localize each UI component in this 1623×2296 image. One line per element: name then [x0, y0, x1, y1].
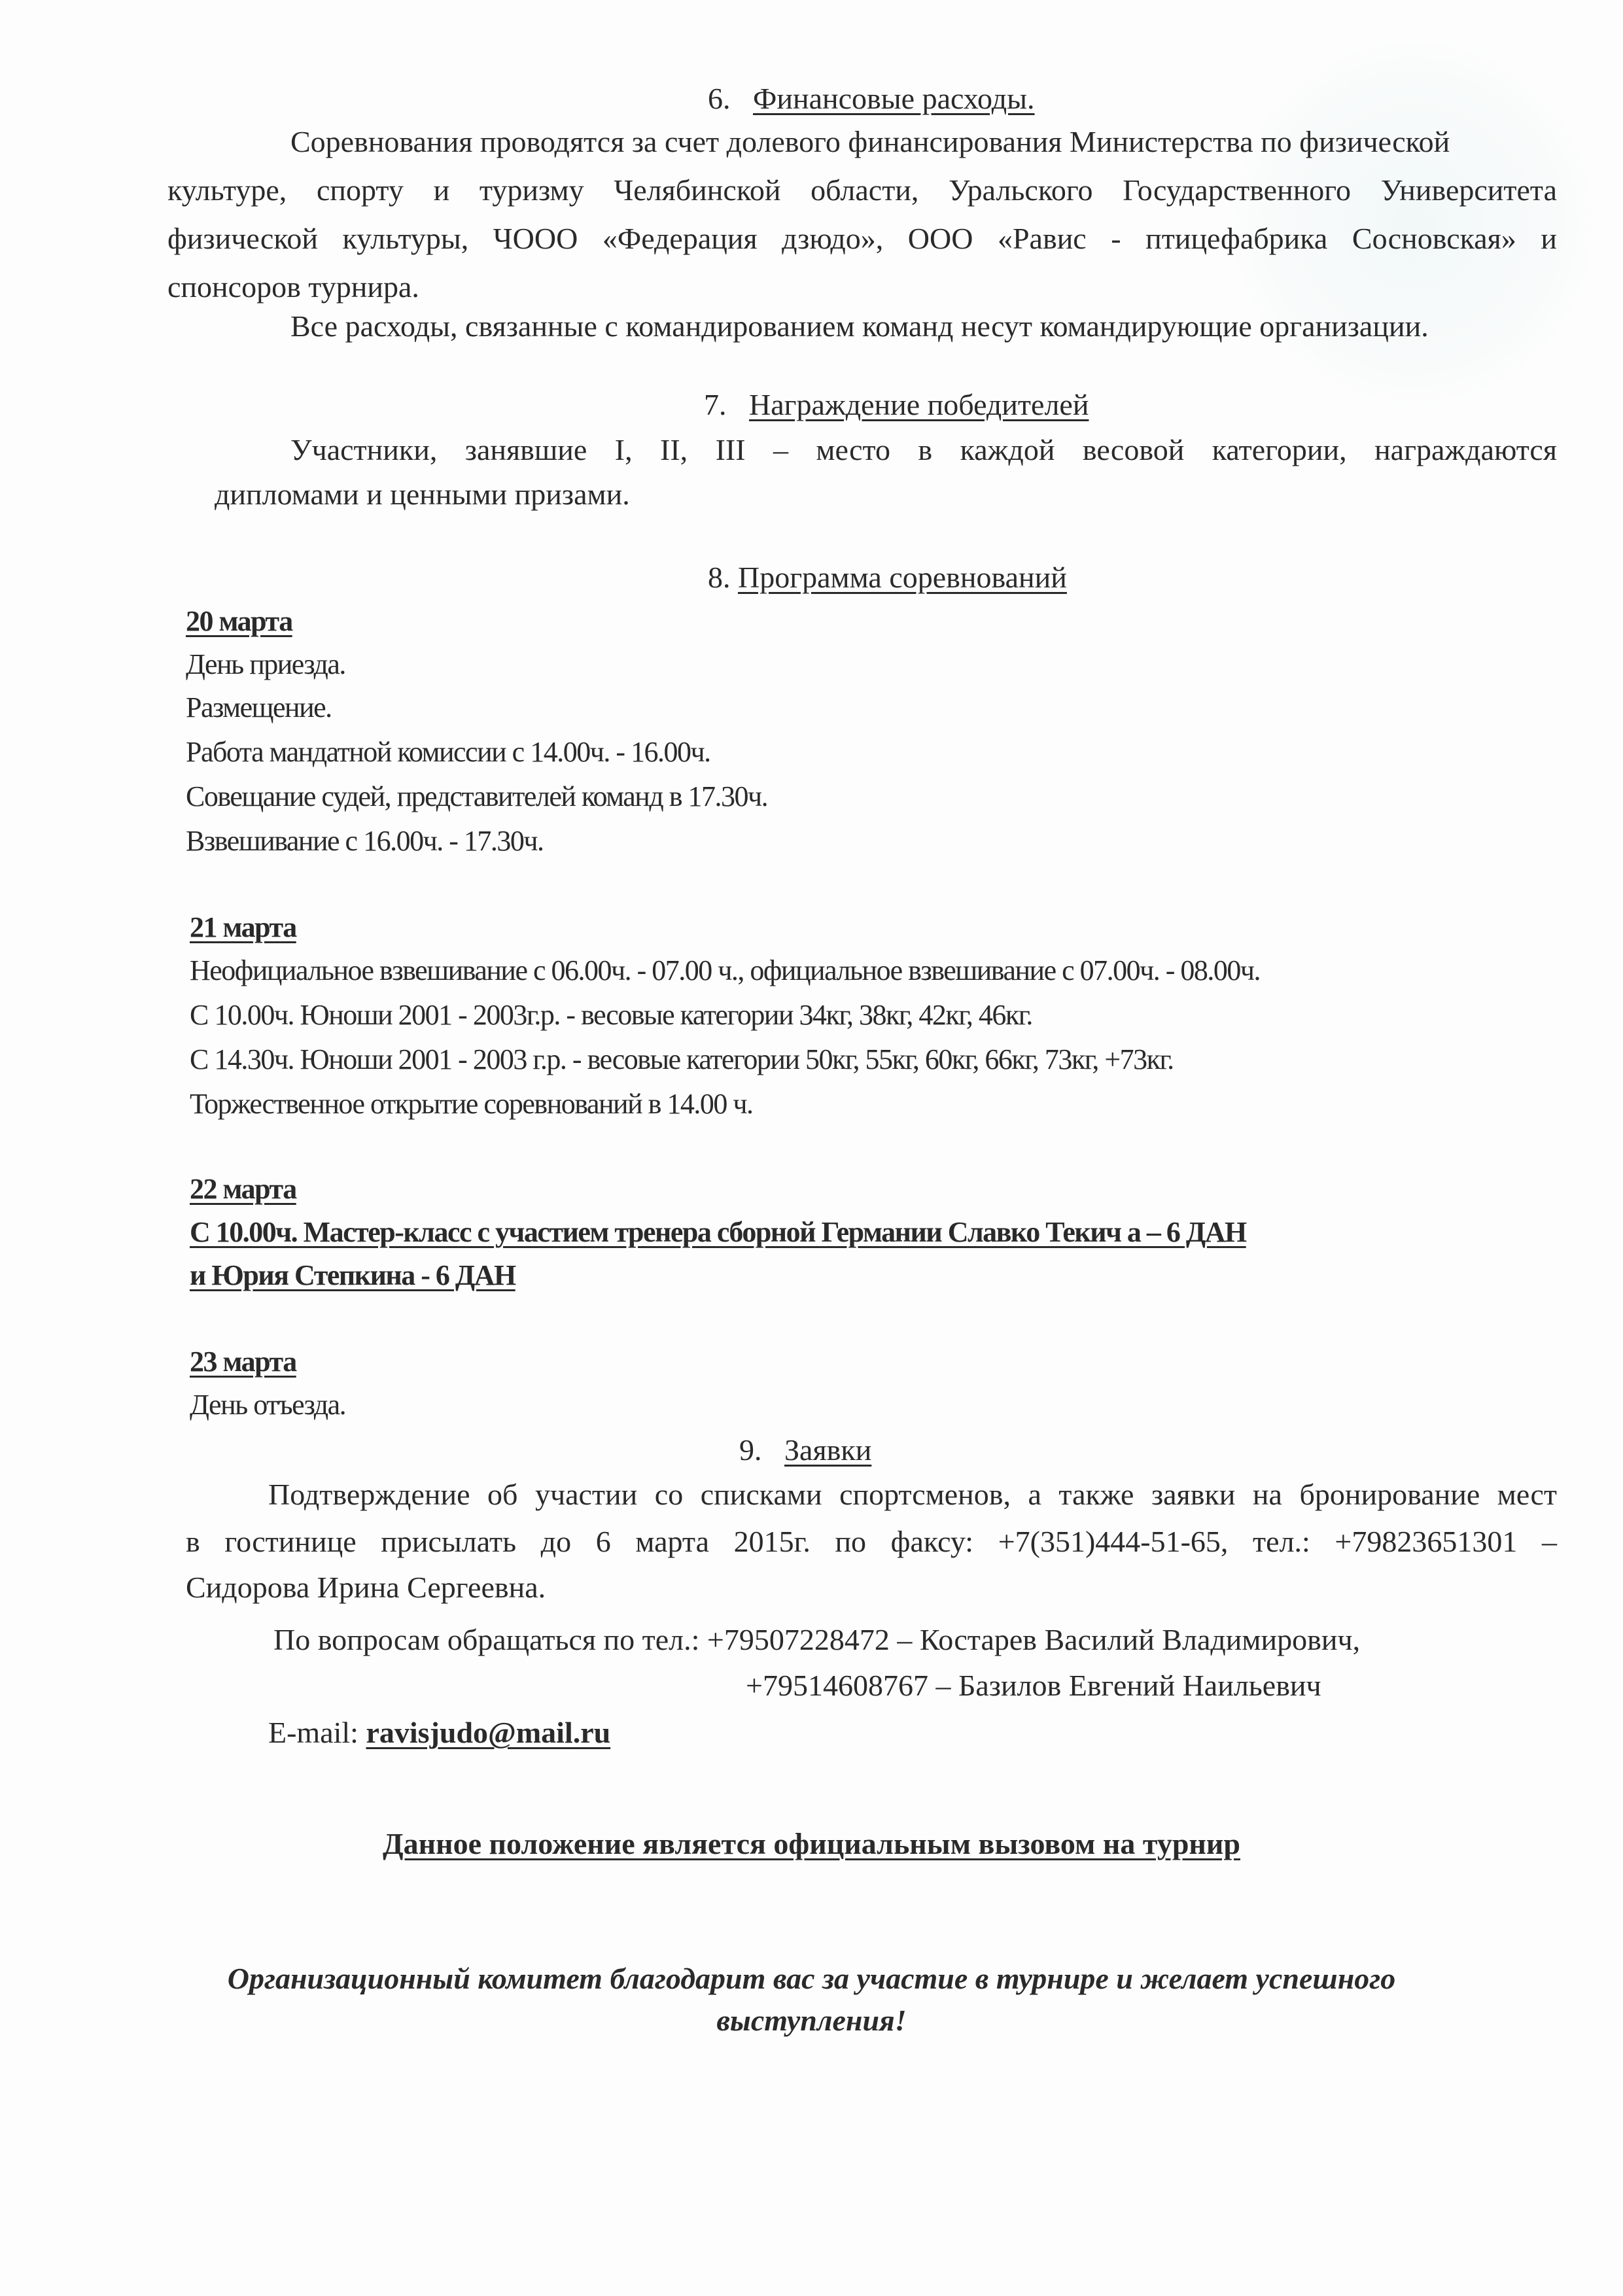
section-8-title: Программа соревнований [738, 561, 1067, 594]
section-6-number: 6. [708, 82, 731, 115]
master-class-line1: С 10.00ч. Мастер-класс с участием тренер… [190, 1218, 1246, 1247]
schedule-item: С 10.00ч. Юноши 2001 - 2003г.р. - весовы… [190, 1001, 1032, 1030]
email-label: E-mail: [268, 1716, 366, 1749]
contacts-line1: По вопросам обращаться по тел.: +7950722… [273, 1625, 1360, 1655]
section-6-p1-line3: физической культуры, ЧООО «Федерация дзю… [167, 224, 1557, 254]
section-6-p1-line2: культуре, спорту и туризму Челябинской о… [167, 175, 1557, 205]
section-9-p-line3: Сидорова Ирина Сергеевна. [186, 1573, 546, 1603]
schedule-item: Совещание судей, представителей команд в… [186, 782, 767, 811]
section-6-p2: Все расходы, связанные с командированием… [290, 311, 1429, 341]
master-class-line2: и Юрия Степкина - 6 ДАН [190, 1261, 515, 1290]
day-23-march-date: 23 марта [190, 1348, 296, 1376]
schedule-item: Неофициальное взвешивание с 06.00ч. - 07… [190, 956, 1260, 985]
official-call-notice: Данное положение является официальным вы… [0, 1829, 1623, 1859]
section-8-number: 8. [708, 561, 731, 594]
contacts-line2: +79514608767 – Базилов Евгений Наильевич [746, 1671, 1321, 1701]
schedule-item: День отъезда. [190, 1391, 345, 1419]
closing-line2: выступления! [0, 2006, 1623, 2036]
schedule-item: Работа мандатной комиссии с 14.00ч. - 16… [186, 738, 710, 767]
section-6-p1-line4: спонсоров турнира. [167, 272, 419, 302]
schedule-item: Торжественное открытие соревнований в 14… [190, 1090, 753, 1119]
closing-line1: Организационный комитет благодарит вас з… [0, 1964, 1623, 1994]
day-20-march-date: 20 марта [186, 607, 292, 636]
schedule-item: С 14.30ч. Юноши 2001 - 2003 г.р. - весов… [190, 1045, 1174, 1074]
email-line: E-mail: ravisjudo@mail.ru [268, 1718, 610, 1748]
section-9-number: 9. [739, 1433, 762, 1467]
day-21-march-date: 21 марта [190, 913, 296, 942]
section-9-title: Заявки [784, 1433, 871, 1467]
section-9-p-line2: в гостинице присылать до 6 марта 2015г. … [186, 1527, 1557, 1557]
section-6-title: Финансовые расходы. [753, 82, 1035, 115]
schedule-item: День приезда. [186, 650, 345, 679]
section-6-p1-line1: Соревнования проводятся за счет долевого… [290, 127, 1450, 157]
section-9-p-line1: Подтверждение об участии со списками спо… [268, 1480, 1557, 1510]
schedule-item: Взвешивание с 16.00ч. - 17.30ч. [186, 827, 544, 856]
document-page: 6. Финансовые расходы. Соревнования пров… [0, 0, 1623, 2296]
section-7-p-line2: дипломами и ценными призами. [215, 479, 630, 510]
section-6-heading: 6. Финансовые расходы. [708, 84, 1035, 114]
section-9-heading: 9. Заявки [739, 1435, 871, 1465]
section-7-heading: 7. Награждение победителей [704, 390, 1089, 420]
section-7-p-line1: Участники, занявшие I, II, III – место в… [290, 435, 1557, 465]
email-link[interactable]: ravisjudo@mail.ru [366, 1716, 610, 1749]
day-22-march-date: 22 марта [190, 1175, 296, 1204]
schedule-item: Размещение. [186, 693, 332, 722]
section-8-heading: 8. Программа соревнований [708, 563, 1067, 593]
section-7-number: 7. [704, 388, 727, 421]
section-7-title: Награждение победителей [749, 388, 1089, 421]
